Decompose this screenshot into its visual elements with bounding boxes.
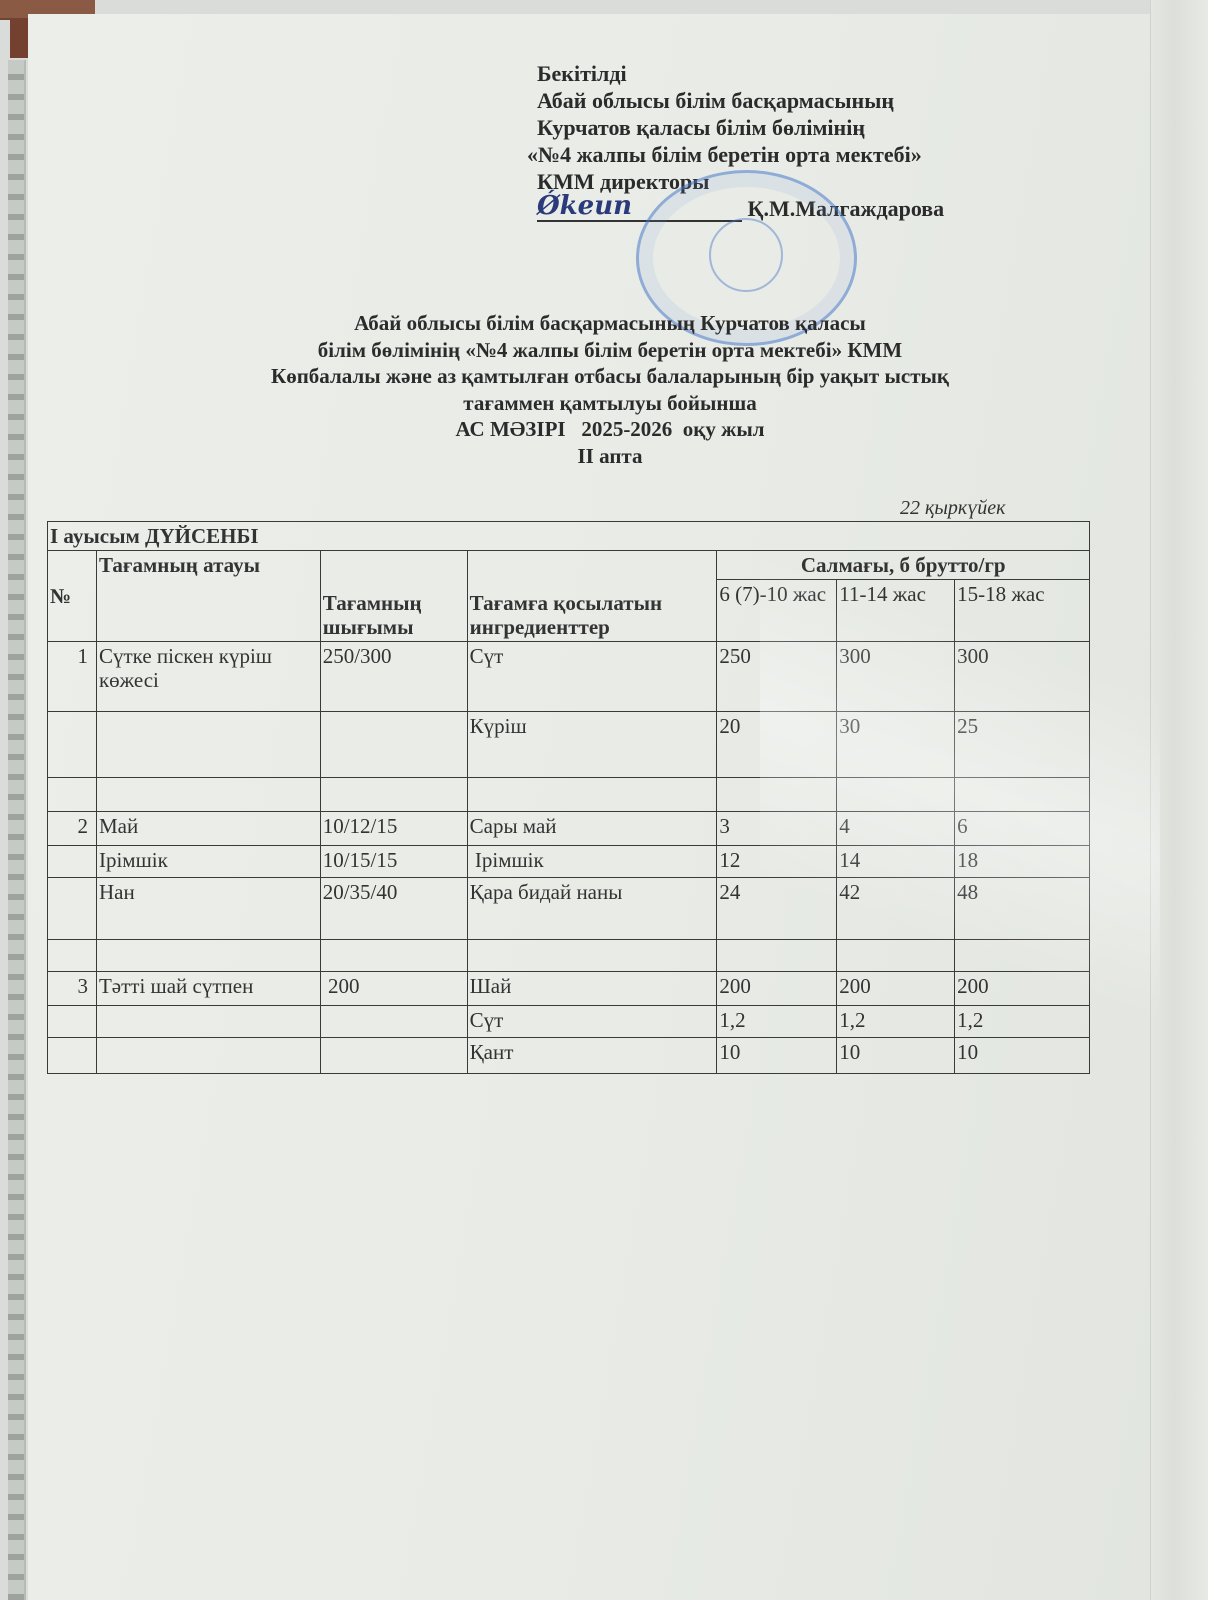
- weight-age-15-18: 48: [955, 878, 1090, 940]
- ingredient: Ірімшік: [467, 846, 717, 878]
- weight-age-6-10: 10: [717, 1038, 837, 1074]
- row-number: 2: [48, 812, 97, 846]
- row-number: 1: [48, 642, 97, 712]
- dish-yield: 10/15/15: [320, 846, 467, 878]
- table-row: Күріш203025: [48, 712, 1090, 778]
- row-number: [48, 940, 97, 972]
- header-age-11-14: 11-14 жас: [837, 580, 955, 642]
- director-name: Қ.М.Малгаждарова: [748, 196, 945, 221]
- title-line-4: тағаммен қамтылуы бойынша: [150, 390, 1070, 417]
- weight-age-15-18: 18: [955, 846, 1090, 878]
- shift-title: І ауысым ДҮЙСЕНБІ: [48, 522, 1090, 551]
- table-row: [48, 778, 1090, 812]
- title-line-5: АС МӘЗІРІ 2025-2026 оқу жыл: [150, 416, 1070, 443]
- signature-row: Ǿkeun Қ.М.Малгаждарова: [537, 195, 944, 222]
- approval-block: Бекітілді Абай облысы білім басқармасыны…: [537, 60, 944, 222]
- weight-age-11-14: [837, 940, 955, 972]
- ingredient: Күріш: [467, 712, 717, 778]
- dish-yield: [320, 712, 467, 778]
- weight-age-6-10: [717, 778, 837, 812]
- table-row: Қант101010: [48, 1038, 1090, 1074]
- header-yield: Тағамның шығымы: [320, 551, 467, 642]
- ingredient: Қант: [467, 1038, 717, 1074]
- weight-age-15-18: 200: [955, 972, 1090, 1006]
- dish-yield: [320, 1038, 467, 1074]
- weight-age-11-14: 10: [837, 1038, 955, 1074]
- table-row: [48, 940, 1090, 972]
- plastic-sleeve-edge: [1150, 0, 1208, 1600]
- header-dish-name: Тағамның атауы: [96, 551, 320, 642]
- approval-org-line-1: Абай облысы білім басқармасының: [537, 87, 944, 114]
- weight-age-6-10: 1,2: [717, 1006, 837, 1038]
- table-row: Сүт1,21,21,2: [48, 1006, 1090, 1038]
- ingredient: [467, 778, 717, 812]
- row-number: [48, 712, 97, 778]
- weight-age-6-10: 12: [717, 846, 837, 878]
- signature: Ǿkeun: [537, 193, 632, 220]
- ingredient: Шай: [467, 972, 717, 1006]
- weight-age-6-10: 20: [717, 712, 837, 778]
- weight-age-11-14: 200: [837, 972, 955, 1006]
- document-title: Абай облысы білім басқармасының Курчатов…: [150, 310, 1070, 469]
- weight-age-15-18: 300: [955, 642, 1090, 712]
- weight-age-15-18: 10: [955, 1038, 1090, 1074]
- title-line-3: Көпбалалы және аз қамтылған отбасы балал…: [150, 363, 1070, 390]
- header-age-6-10: 6 (7)-10 жас: [717, 580, 837, 642]
- dish-name: Нан: [96, 878, 320, 940]
- row-number: [48, 1038, 97, 1074]
- weight-age-6-10: 3: [717, 812, 837, 846]
- signature-line: Ǿkeun: [537, 202, 742, 222]
- dish-yield: 10/12/15: [320, 812, 467, 846]
- row-number: [48, 1006, 97, 1038]
- dish-name: [96, 778, 320, 812]
- dish-name: Сүтке піскен күріш көжесі: [96, 642, 320, 712]
- weight-age-11-14: 4: [837, 812, 955, 846]
- title-line-1: Абай облысы білім басқармасының Курчатов…: [150, 310, 1070, 337]
- weight-age-15-18: 25: [955, 712, 1090, 778]
- title-line-6: ІІ апта: [150, 443, 1070, 470]
- approval-org-line-3: «№4 жалпы білім беретін орта мектебі»: [527, 141, 944, 168]
- dish-yield: 250/300: [320, 642, 467, 712]
- weight-age-15-18: 6: [955, 812, 1090, 846]
- header-weight: Салмағы, б брутто/гр: [717, 551, 1090, 580]
- menu-table: І ауысым ДҮЙСЕНБІ № Тағамның атауы Тағам…: [47, 521, 1090, 1074]
- approved-label: Бекітілді: [537, 60, 944, 87]
- table-row: Нан20/35/40Қара бидай наны244248: [48, 878, 1090, 940]
- weight-age-6-10: 200: [717, 972, 837, 1006]
- title-line-2: білім бөлімінің «№4 жалпы білім беретін …: [150, 337, 1070, 364]
- header-age-15-18: 15-18 жас: [955, 580, 1090, 642]
- dish-name: [96, 712, 320, 778]
- dish-yield: [320, 778, 467, 812]
- row-number: [48, 878, 97, 940]
- dish-name: [96, 1038, 320, 1074]
- ingredient: [467, 940, 717, 972]
- row-number: 3: [48, 972, 97, 1006]
- ingredient: Сары май: [467, 812, 717, 846]
- dish-name: [96, 940, 320, 972]
- ingredient: Сүт: [467, 1006, 717, 1038]
- ingredient: Сүт: [467, 642, 717, 712]
- table-row: 1Сүтке піскен күріш көжесі250/300Сүт2503…: [48, 642, 1090, 712]
- header-no: №: [48, 551, 97, 642]
- dish-yield: [320, 1006, 467, 1038]
- weight-age-6-10: 24: [717, 878, 837, 940]
- dish-name: Ірімшік: [96, 846, 320, 878]
- weight-age-11-14: 1,2: [837, 1006, 955, 1038]
- weight-age-15-18: 1,2: [955, 1006, 1090, 1038]
- weight-age-15-18: [955, 940, 1090, 972]
- dish-yield: 200: [320, 972, 467, 1006]
- weight-age-15-18: [955, 778, 1090, 812]
- approval-org-line-2: Курчатов қаласы білім бөлімінің: [537, 114, 944, 141]
- binder-spine: [8, 60, 26, 1600]
- header-ingredients: Тағамға қосылатын ингредиенттер: [467, 551, 717, 642]
- ingredient: Қара бидай наны: [467, 878, 717, 940]
- weight-age-11-14: 14: [837, 846, 955, 878]
- weight-age-11-14: 300: [837, 642, 955, 712]
- row-number: [48, 846, 97, 878]
- dish-yield: [320, 940, 467, 972]
- weight-age-11-14: [837, 778, 955, 812]
- weight-age-6-10: [717, 940, 837, 972]
- dish-yield: 20/35/40: [320, 878, 467, 940]
- table-row: Ірімшік10/15/15 Ірімшік121418: [48, 846, 1090, 878]
- menu-date: 22 қыркүйек: [900, 497, 1006, 520]
- weight-age-11-14: 42: [837, 878, 955, 940]
- dish-name: Май: [96, 812, 320, 846]
- weight-age-11-14: 30: [837, 712, 955, 778]
- weight-age-6-10: 250: [717, 642, 837, 712]
- row-number: [48, 778, 97, 812]
- dish-name: [96, 1006, 320, 1038]
- table-row: 2Май10/12/15Сары май346: [48, 812, 1090, 846]
- dish-name: Тәтті шай сүтпен: [96, 972, 320, 1006]
- table-row: 3Тәтті шай сүтпен 200Шай200200200: [48, 972, 1090, 1006]
